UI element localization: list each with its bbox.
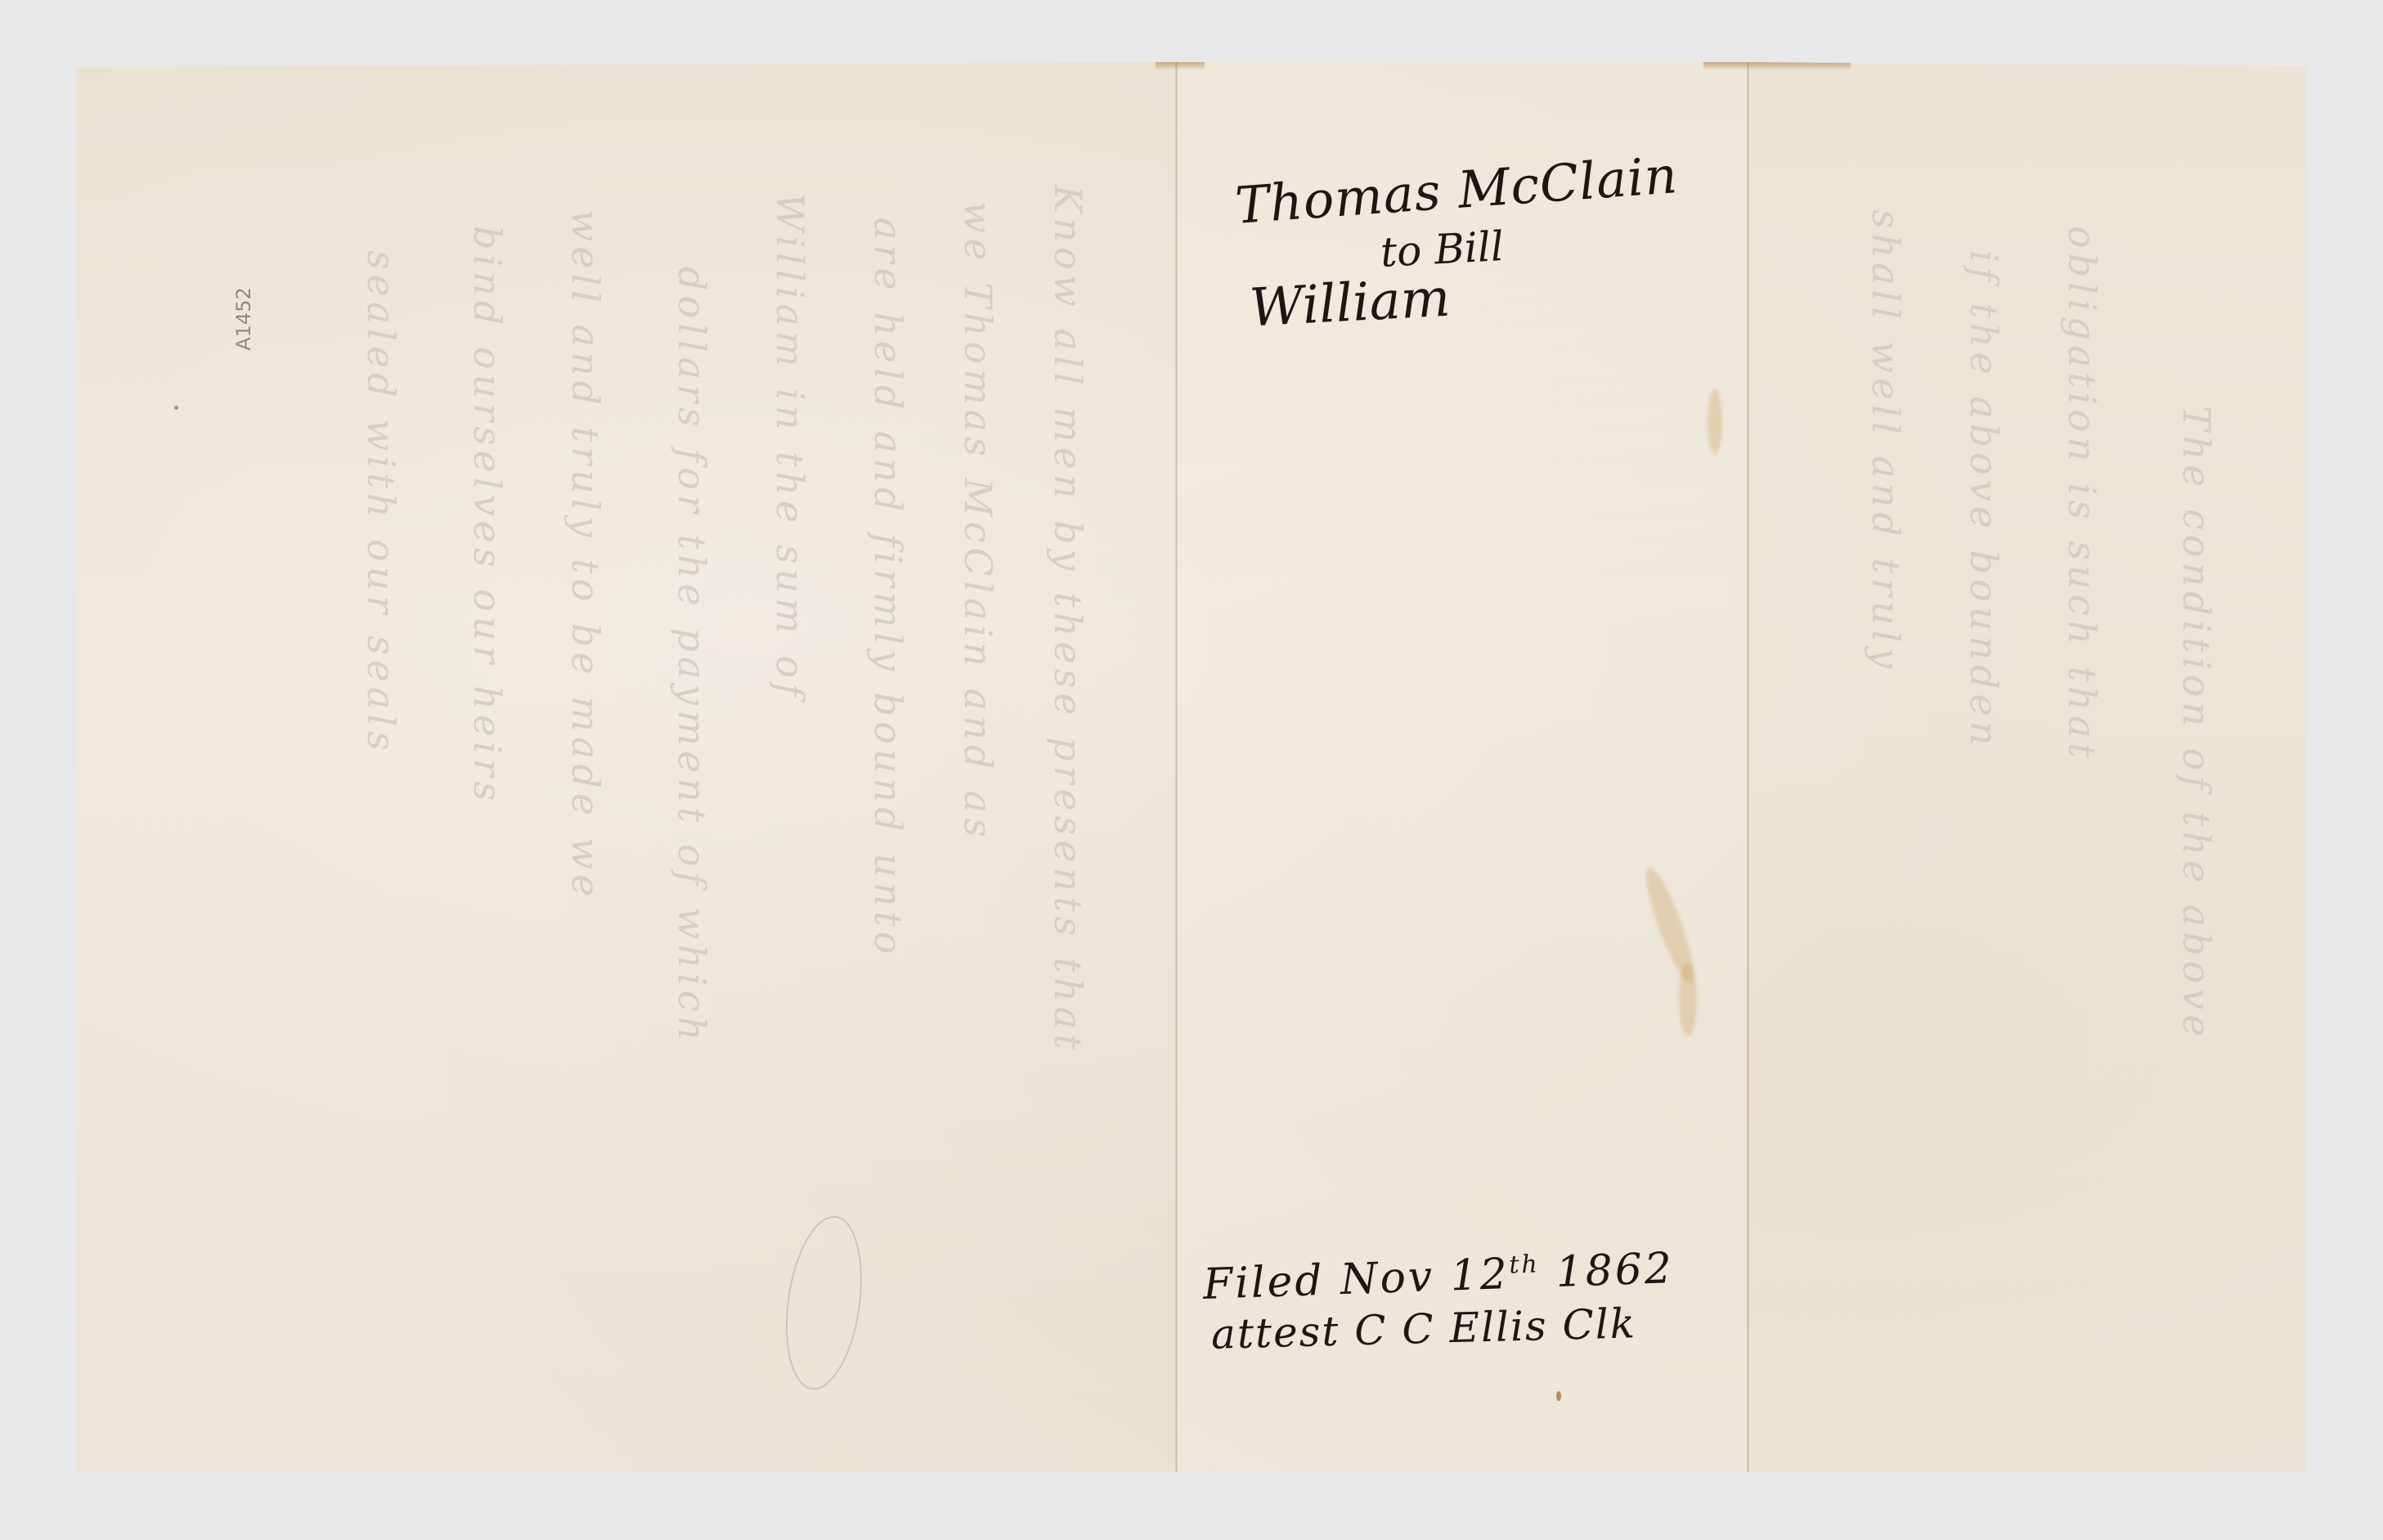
edge-stain: [1156, 62, 1205, 70]
edge-stain: [1703, 62, 1851, 70]
bleed-through-text: Know all men by these presents that: [1046, 185, 1090, 1054]
ink-spot: [1556, 1391, 1561, 1401]
filed-suffix: th: [1509, 1250, 1541, 1279]
fold-line: [1747, 62, 1749, 1472]
water-stain: [1679, 962, 1697, 1035]
bleed-through-text: William in the sum of: [768, 193, 812, 702]
bleed-through-text: shall well and truly: [1864, 209, 1908, 673]
fold-line: [1175, 62, 1178, 1472]
pencil-catalog-number: A1452: [232, 282, 255, 356]
bleed-through-text: well and truly to be made we: [563, 209, 608, 901]
right-panel: [1748, 62, 2306, 1472]
bleed-through-text: sealed with our seals: [359, 250, 403, 756]
bleed-through-text: obligation is such that: [2060, 226, 2104, 763]
filed-year: 1862: [1555, 1244, 1675, 1297]
bleed-through-text: The condition of the above: [2174, 406, 2219, 1042]
bleed-through-text: dollars for the payment of which: [670, 267, 714, 1045]
bleed-through-text: if the above bounden: [1962, 250, 2006, 750]
bleed-through-text: are held and firmly bound unto: [866, 218, 910, 959]
docket-recipient: William: [1248, 268, 1452, 339]
left-panel: [76, 62, 1176, 1472]
ink-spot: [174, 406, 178, 410]
bleed-through-text: we Thomas McClain and as: [956, 201, 1000, 842]
bleed-through-text: bind ourselves our heirs: [465, 226, 509, 806]
document-sheet: Know all men by these presents that we T…: [76, 62, 2306, 1472]
water-stain: [1708, 389, 1722, 455]
